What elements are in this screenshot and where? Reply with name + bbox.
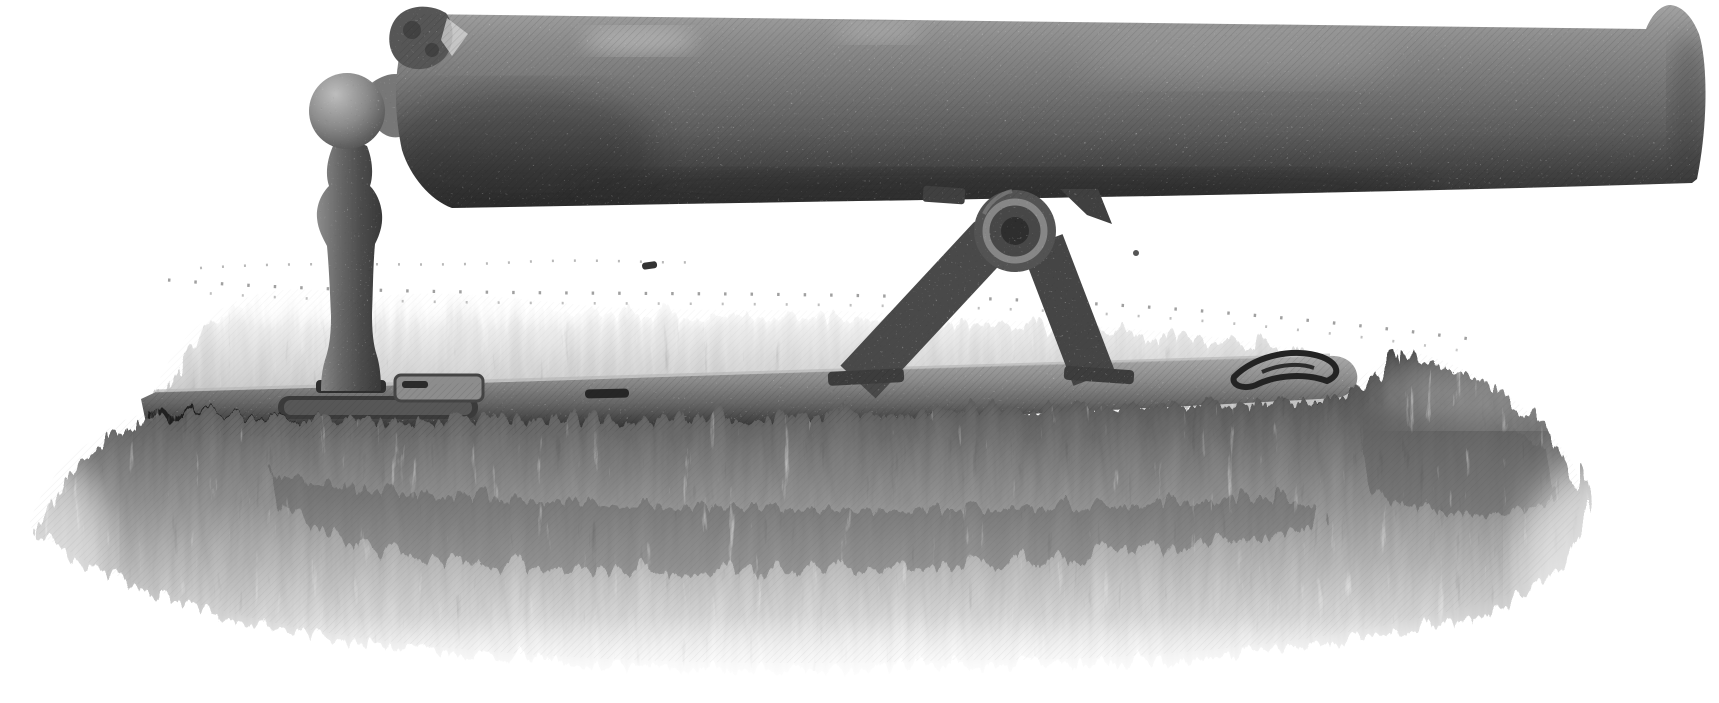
halftone-cannon-engraving: Antique cannon on a low slide carriage i…	[0, 0, 1719, 703]
stray-ink-dot	[1133, 250, 1139, 256]
trunnion-hub-center	[1001, 217, 1029, 245]
engraving-canvas: Antique cannon on a low slide carriage i…	[0, 0, 1719, 703]
cascabel-ball	[309, 73, 385, 149]
